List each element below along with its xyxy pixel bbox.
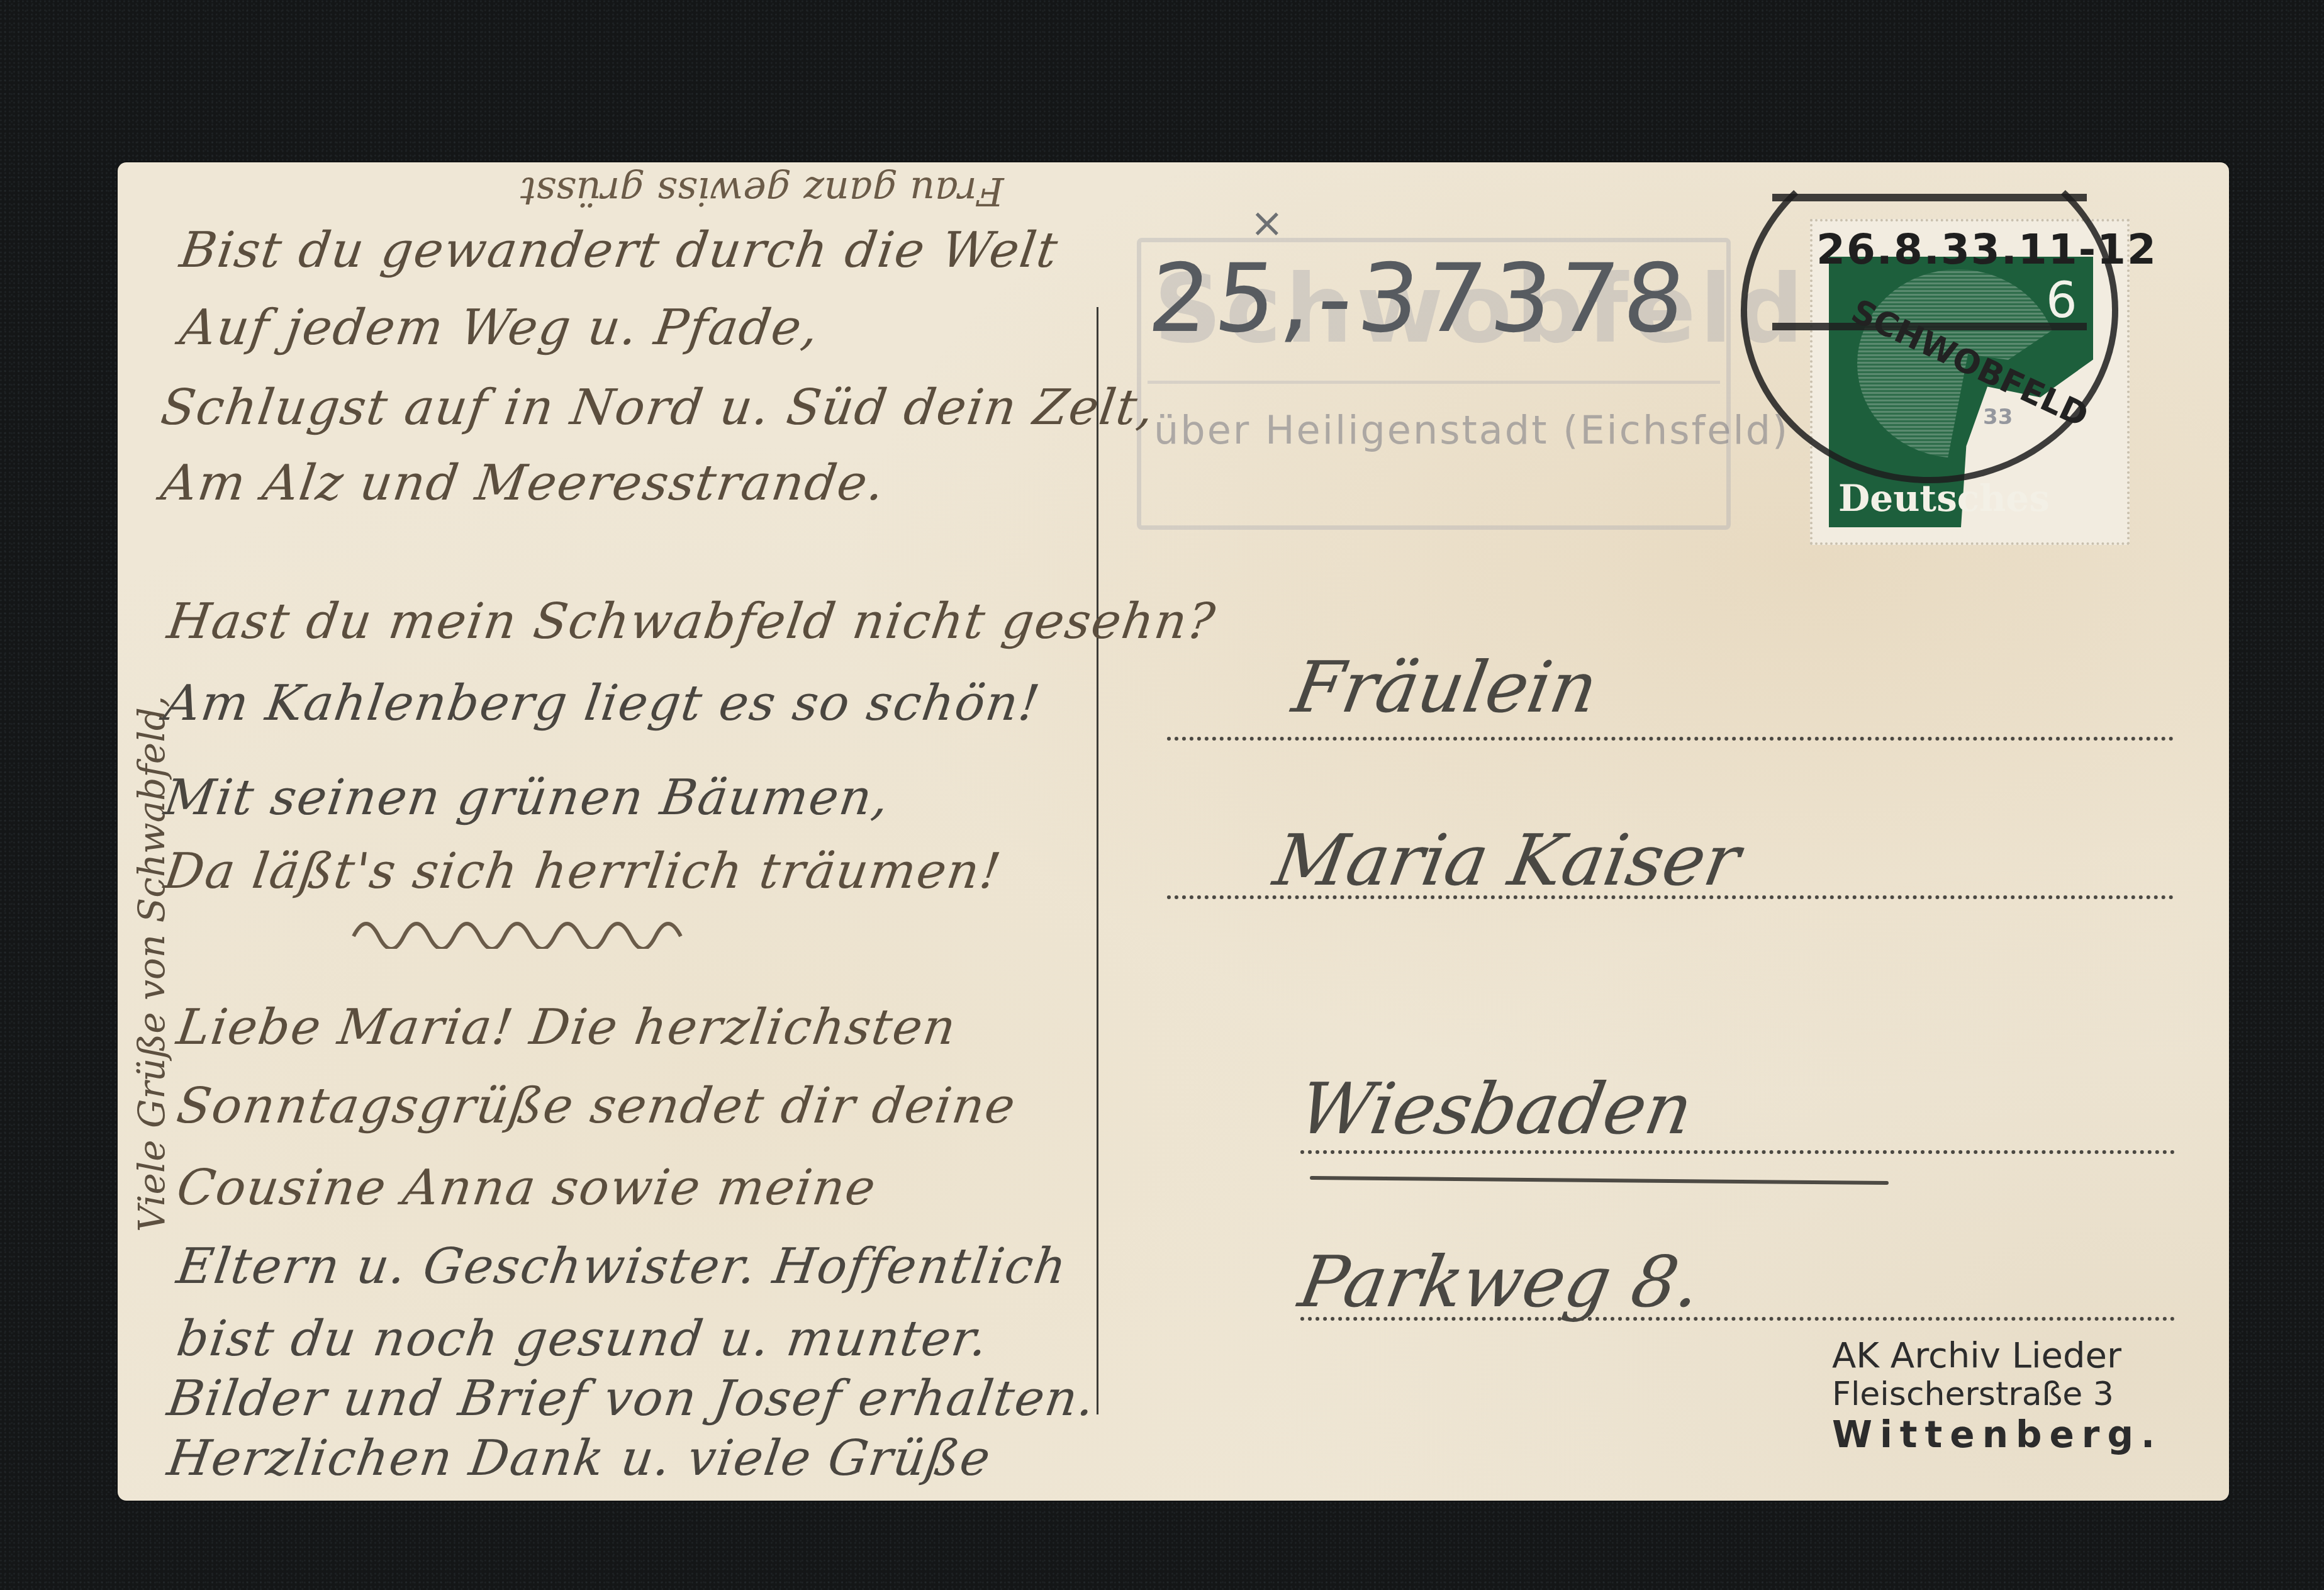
address-line-3 (1300, 1150, 2175, 1154)
poem-line: Am Kahlenberg liegt es so schön! (161, 675, 1044, 732)
postcard-back: Schwobfeld über Heiligenstadt (Eichsfeld… (118, 162, 2229, 1501)
card-divider-line (1097, 307, 1098, 1414)
archive-street: Fleischerstraße 3 (1832, 1376, 2162, 1414)
postmark-town: SCHWOBFELD (1845, 293, 2094, 435)
letter-line: Herzlichen Dank u. viele Grüße (164, 1430, 995, 1487)
cancellation-subtitle: über Heiligenstadt (Eichsfeld) (1154, 407, 1789, 453)
poem-line: Bist du gewandert durch die Welt (177, 222, 1062, 279)
letter-line: bist du noch gesund u. munter. (174, 1311, 992, 1367)
postmark-date: 26.8.33.11-12 (1816, 225, 2157, 274)
archive-name: AK Archiv Lieder (1832, 1336, 2162, 1376)
poem-line: Hast du mein Schwabfeld nicht gesehn? (164, 593, 1219, 650)
postmark-bar-top (1772, 194, 2087, 201)
pencil-inventory-number: 25,-37378 (1144, 244, 1696, 354)
address-street: Parkweg 8. (1293, 1241, 1707, 1323)
poem-line: Auf jedem Weg u. Pfade, (177, 300, 823, 356)
poem-line: Am Alz und Meeresstrande. (158, 455, 889, 512)
letter-line: Cousine Anna sowie meine (174, 1160, 880, 1216)
address-line-1 (1167, 737, 2174, 741)
address-line-4 (1300, 1317, 2175, 1321)
city-underline (1310, 1176, 1889, 1185)
letter-line: Sonntagsgrüße sendet dir deine (174, 1078, 1020, 1134)
address-name: Maria Kaiser (1268, 820, 1746, 902)
poem-line: Da läßt's sich herrlich träumen! (161, 843, 1005, 900)
address-city: Wiesbaden (1293, 1068, 1699, 1150)
letter-line: Liebe Maria! Die herzlichsten (174, 999, 960, 1056)
address-line-2 (1167, 895, 2174, 899)
upside-down-note: Frau ganz gewiss grüsst (520, 169, 1004, 215)
letter-line: Eltern u. Geschwister. Hoffentlich (174, 1238, 1071, 1295)
decorative-squiggle (350, 905, 703, 949)
letter-line: Bilder und Brief von Josef erhalten. (164, 1370, 1099, 1427)
archive-city: Wittenberg. (1832, 1414, 2162, 1456)
pencil-mark: × (1250, 200, 1284, 247)
stamp-country: Deutsches (1838, 477, 2050, 520)
poem-line: Schlugst auf in Nord u. Süd dein Zelt, (158, 379, 1159, 436)
archive-stamp: AK Archiv Lieder Fleischerstraße 3 Witte… (1832, 1336, 2162, 1456)
cancellation-rule (1148, 381, 1720, 384)
address-salutation: Fräulein (1287, 647, 1604, 729)
poem-line: Mit seinen grünen Bäumen, (161, 770, 893, 826)
